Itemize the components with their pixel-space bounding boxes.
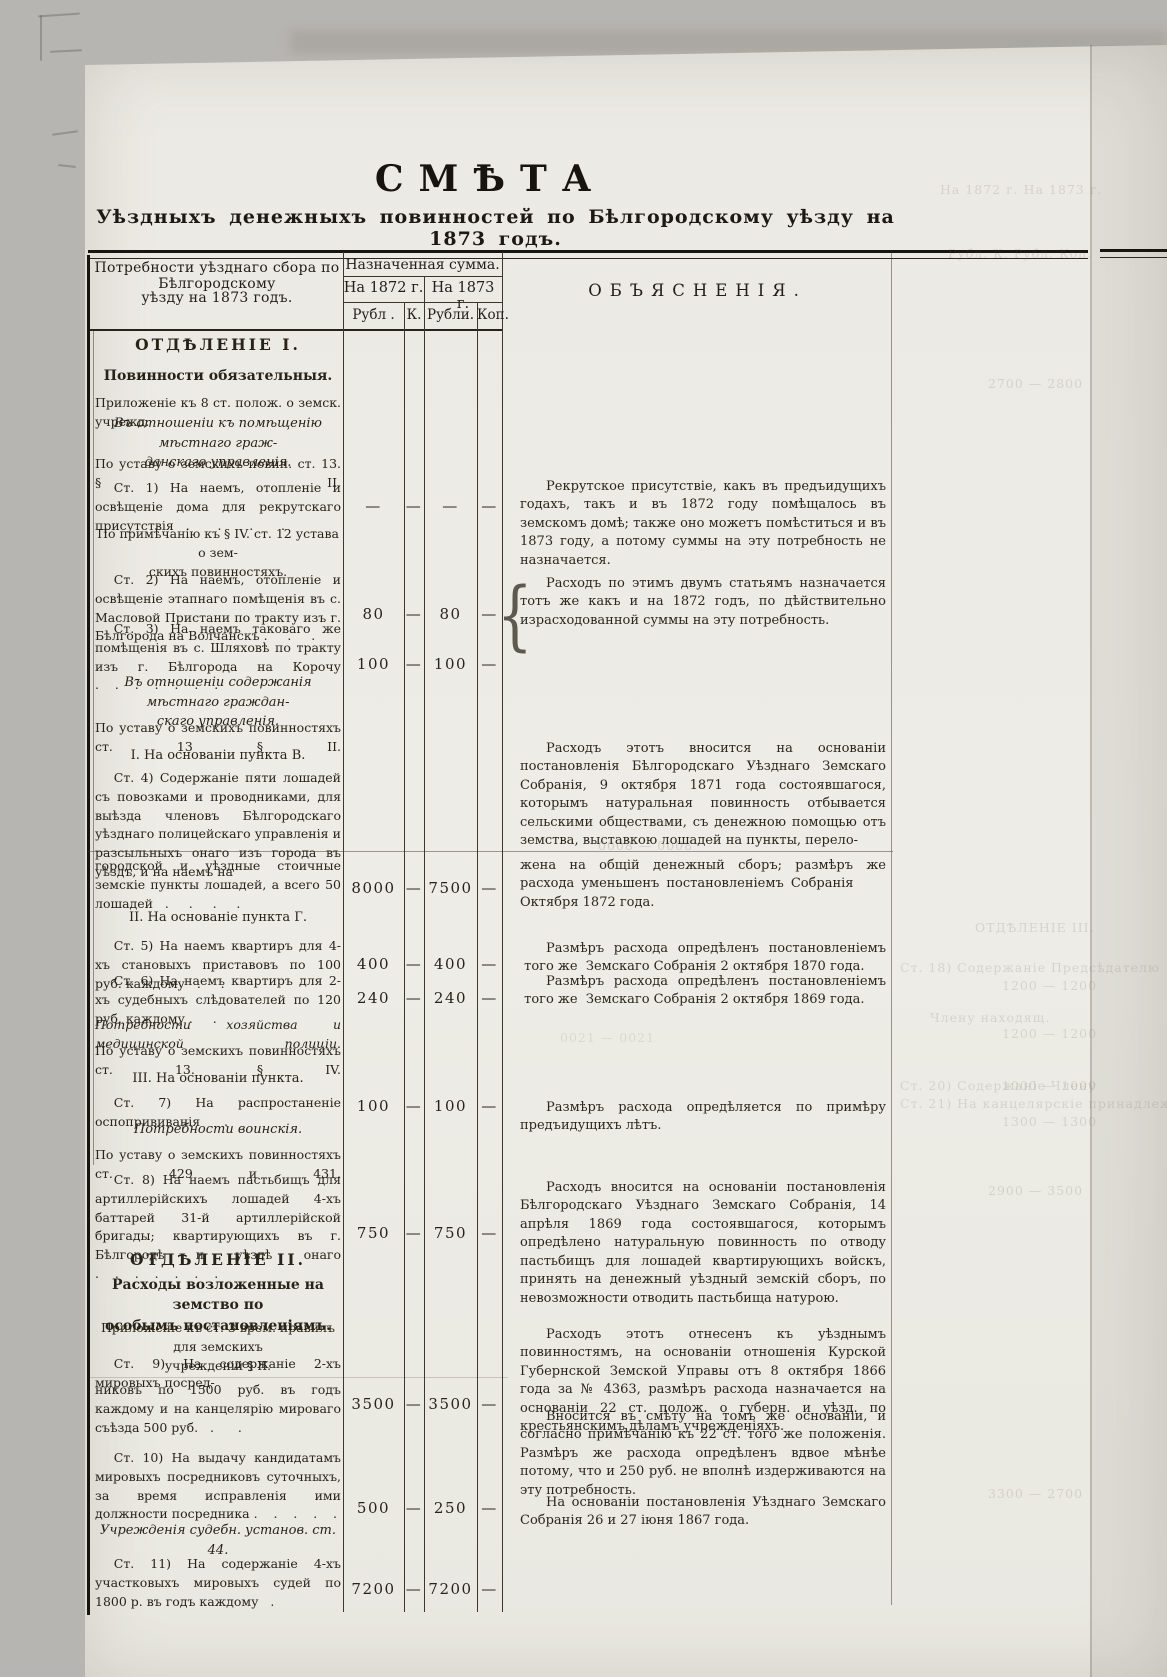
page-fold-strip: [1092, 45, 1167, 1677]
section-heading: ОТДѢЛЕНІЕ I.: [95, 333, 341, 356]
amount-kop-1873: —: [477, 989, 502, 1007]
bleedthrough-text: 2900 — 3500: [988, 1183, 1083, 1198]
amount-kop-1872: —: [404, 879, 424, 897]
amount-kop-1872: —: [404, 1395, 424, 1413]
col-header-needs: Потребности уѣзднаго сбора по Бѣлгородск…: [94, 260, 340, 292]
amount-rub-1873: 80: [424, 605, 477, 623]
explanation-note: На основаніи постановленія Уѣзднаго Земс…: [520, 1494, 886, 1531]
clause-heading: III. На основаніи пункта.: [95, 1069, 341, 1089]
amount-kop-1873: —: [477, 1395, 502, 1413]
amount-kop-1873: —: [477, 1499, 502, 1517]
amount-rub-1872: 7200: [343, 1580, 404, 1598]
amount-kop-1873: —: [477, 1224, 502, 1242]
amount-rub-1873: 400: [424, 955, 477, 973]
document-subtitle: Уѣздныхъ денежныхъ повинностей по Бѣлгор…: [88, 206, 903, 250]
col-header-rub-1873: Рубли.: [424, 307, 477, 323]
amount-kop-1872: —: [404, 605, 424, 623]
amount-rub-1872: 750: [343, 1224, 404, 1242]
amount-rub-1872: 400: [343, 955, 404, 973]
amount-rub-1872: 500: [343, 1499, 404, 1517]
pencil-mark: [58, 164, 76, 168]
amount-rub-1872: 100: [343, 1097, 404, 1115]
pencil-mark: [40, 15, 42, 61]
amount-kop-1872: —: [404, 1224, 424, 1242]
explanation-note-continued: жена на общій денежный сборъ; размѣръ же…: [520, 857, 886, 912]
amount-rub-1872: 240: [343, 989, 404, 1007]
amount-kop-1872: —: [404, 989, 424, 1007]
amount-rub-1873: 7200: [424, 1580, 477, 1598]
bleedthrough-text: 2700 — 2800: [988, 376, 1083, 391]
clause-heading: I. На основаніи пункта В.: [95, 746, 341, 766]
header-rule: [343, 276, 502, 277]
top-rule: [88, 250, 1088, 259]
bleedthrough-text: Рубл. К. Рубл. Коп.: [948, 246, 1092, 261]
amount-rub-1872: 100: [343, 655, 404, 673]
amount-rub-1873: —: [424, 497, 477, 515]
amount-rub-1873: 750: [424, 1224, 477, 1242]
amount-kop-1873: —: [477, 497, 502, 515]
bleedthrough-text: 1200 — 1200: [1002, 1026, 1097, 1041]
explanation-note: Расходъ этотъ вносится на основаніи пост…: [520, 740, 886, 851]
section-heading: ОТДѢЛЕНІЕ II.: [95, 1248, 341, 1271]
bleedthrough-text: 1000 — 1000: [1002, 1078, 1097, 1093]
bleedthrough-text: Ст. 21) На канцелярскіе принадлежности: [900, 1096, 1167, 1111]
bleedthrough-text: 1200 — 1200: [1002, 978, 1097, 993]
explanation-note: Вносится въ смѣту на томъ же основаніи, …: [520, 1408, 886, 1500]
subsection-heading: Повинности обязательныя.: [95, 366, 341, 386]
document-title: СМѢТА: [88, 158, 893, 200]
amount-kop-1873: —: [477, 1097, 502, 1115]
explanation-note: Размѣръ расхода опредѣленъ постановленіе…: [520, 973, 886, 1010]
col-header-rub-1872: Рубл .: [343, 307, 404, 323]
page-fold-edge: [1090, 45, 1092, 1677]
pencil-mark: [38, 13, 80, 18]
amount-kop-1873: —: [477, 879, 502, 897]
explanation-note: Расходъ вносится на основаніи постановле…: [520, 1179, 886, 1308]
pencil-mark: [50, 49, 82, 53]
header-bottom-rule: [88, 329, 502, 331]
table-left-inner-border: [93, 330, 94, 1165]
col-header-needs-line2: уѣзду на 1873 годъ.: [94, 290, 340, 306]
clause-heading: II. На основаніе пункта Г.: [95, 908, 341, 928]
amount-rub-1873: 100: [424, 1097, 477, 1115]
amount-kop-1872: —: [404, 955, 424, 973]
col-header-1872: На 1872 г.: [343, 280, 424, 296]
amount-rub-1872: 80: [343, 605, 404, 623]
explanation-note: Размѣръ расхода опредѣленъ постановленіе…: [520, 940, 886, 977]
top-rule-margin: [1100, 249, 1167, 258]
col-header-kop-1873: Коп.: [477, 307, 502, 323]
bleedthrough-text: 1300 — 1300: [1002, 1114, 1097, 1129]
bleedthrough-text: ОТДѢЛЕНІЕ III.: [975, 920, 1095, 935]
amount-kop-1872: —: [404, 497, 424, 515]
amount-rub-1873: 7500: [424, 879, 477, 897]
amount-kop-1873: —: [477, 1580, 502, 1598]
amount-kop-1872: —: [404, 1499, 424, 1517]
bleedthrough-text: Ст. 18) Содержаніе Предсѣдателю: [900, 960, 1160, 975]
col-header-kop-1872: К.: [404, 307, 424, 323]
amount-rub-1873: 240: [424, 989, 477, 1007]
amount-row: 7200—7200—: [0, 1580, 1167, 1600]
amount-rub-1873: 3500: [424, 1395, 477, 1413]
amount-rub-1873: 250: [424, 1499, 477, 1517]
explanation-note: Размѣръ расхода опредѣляется по примѣру …: [520, 1099, 886, 1136]
bleedthrough-text: На 1872 г. На 1873 г.: [940, 182, 1102, 197]
amount-kop-1873: —: [477, 955, 502, 973]
bleedthrough-text: 3300 — 2700: [988, 1486, 1083, 1501]
amount-rub-1872: —: [343, 497, 404, 515]
amount-rub-1872: 3500: [343, 1395, 404, 1413]
bleedthrough-text: 0021 — 0021: [560, 1030, 655, 1045]
col-header-assigned-sum: Назначенная сумма.: [343, 257, 502, 273]
amount-kop-1872: —: [404, 1580, 424, 1598]
explanation-note: Расходъ по этимъ двумъ статьямъ назначае…: [520, 575, 886, 630]
italic-note: Потребности воинскія.: [95, 1120, 341, 1140]
amount-rub-1872: 8000: [343, 879, 404, 897]
col-header-explanations: ОБЪЯСНЕНІЯ.: [502, 281, 893, 300]
amount-rub-1873: 100: [424, 655, 477, 673]
amount-row: 100—100—: [0, 655, 1167, 675]
amount-kop-1872: —: [404, 655, 424, 673]
scanned-document: СМѢТА Уѣздныхъ денежныхъ повинностей по …: [0, 0, 1167, 1677]
bleedthrough-text: 0008 — 0008: [598, 838, 693, 853]
bleedthrough-text: Члену находящ.: [930, 1010, 1050, 1025]
pencil-mark: [52, 130, 78, 136]
amount-kop-1872: —: [404, 1097, 424, 1115]
explanation-note: Рекрутское присутствіе, какъ въ предъиду…: [520, 478, 886, 570]
